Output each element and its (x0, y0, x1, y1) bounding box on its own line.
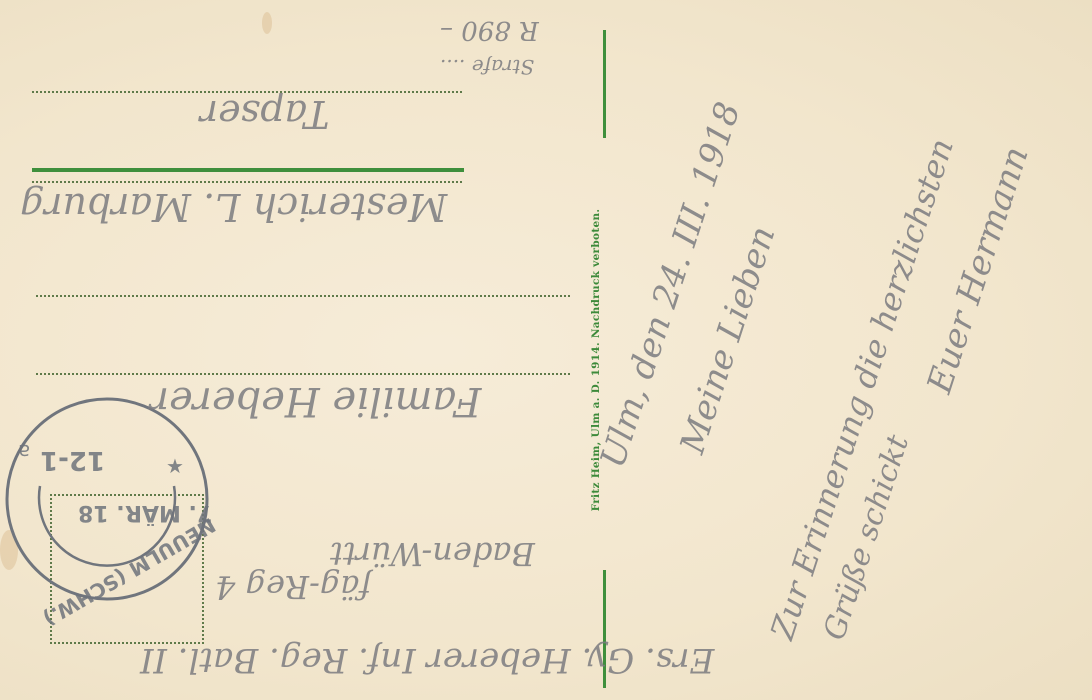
postcard-back: Fritz Heim, Ulm a. D. 1914. Nachdruck ve… (0, 0, 1092, 700)
postmark-time: 12-1 (40, 445, 105, 475)
postmark-star-icon: ★ (166, 454, 184, 478)
paper-stain (262, 12, 272, 34)
publisher-imprint: Fritz Heim, Ulm a. D. 1914. Nachdruck ve… (590, 209, 602, 512)
address-line-6-text: Ers. Gy. Heberer Inf. Reg. Batl. II (140, 640, 714, 680)
address-green-rule (32, 168, 464, 172)
address-line-2-text: Mesterich L. Marburg (20, 185, 447, 229)
address-line-2 (32, 181, 462, 183)
address-line-4 (36, 373, 570, 375)
postmark-letter: a (18, 440, 30, 464)
divider-top (603, 30, 606, 138)
corner-note-2: Strafe .... (440, 55, 534, 79)
address-line-3 (36, 295, 570, 297)
address-line-1-text: Tapser (200, 92, 330, 136)
address-line-3-text: Familie Heberer (150, 378, 481, 424)
address-line-5-text: fäg-Reg 4 (215, 568, 371, 606)
corner-note-1: R 890 – (440, 15, 539, 45)
